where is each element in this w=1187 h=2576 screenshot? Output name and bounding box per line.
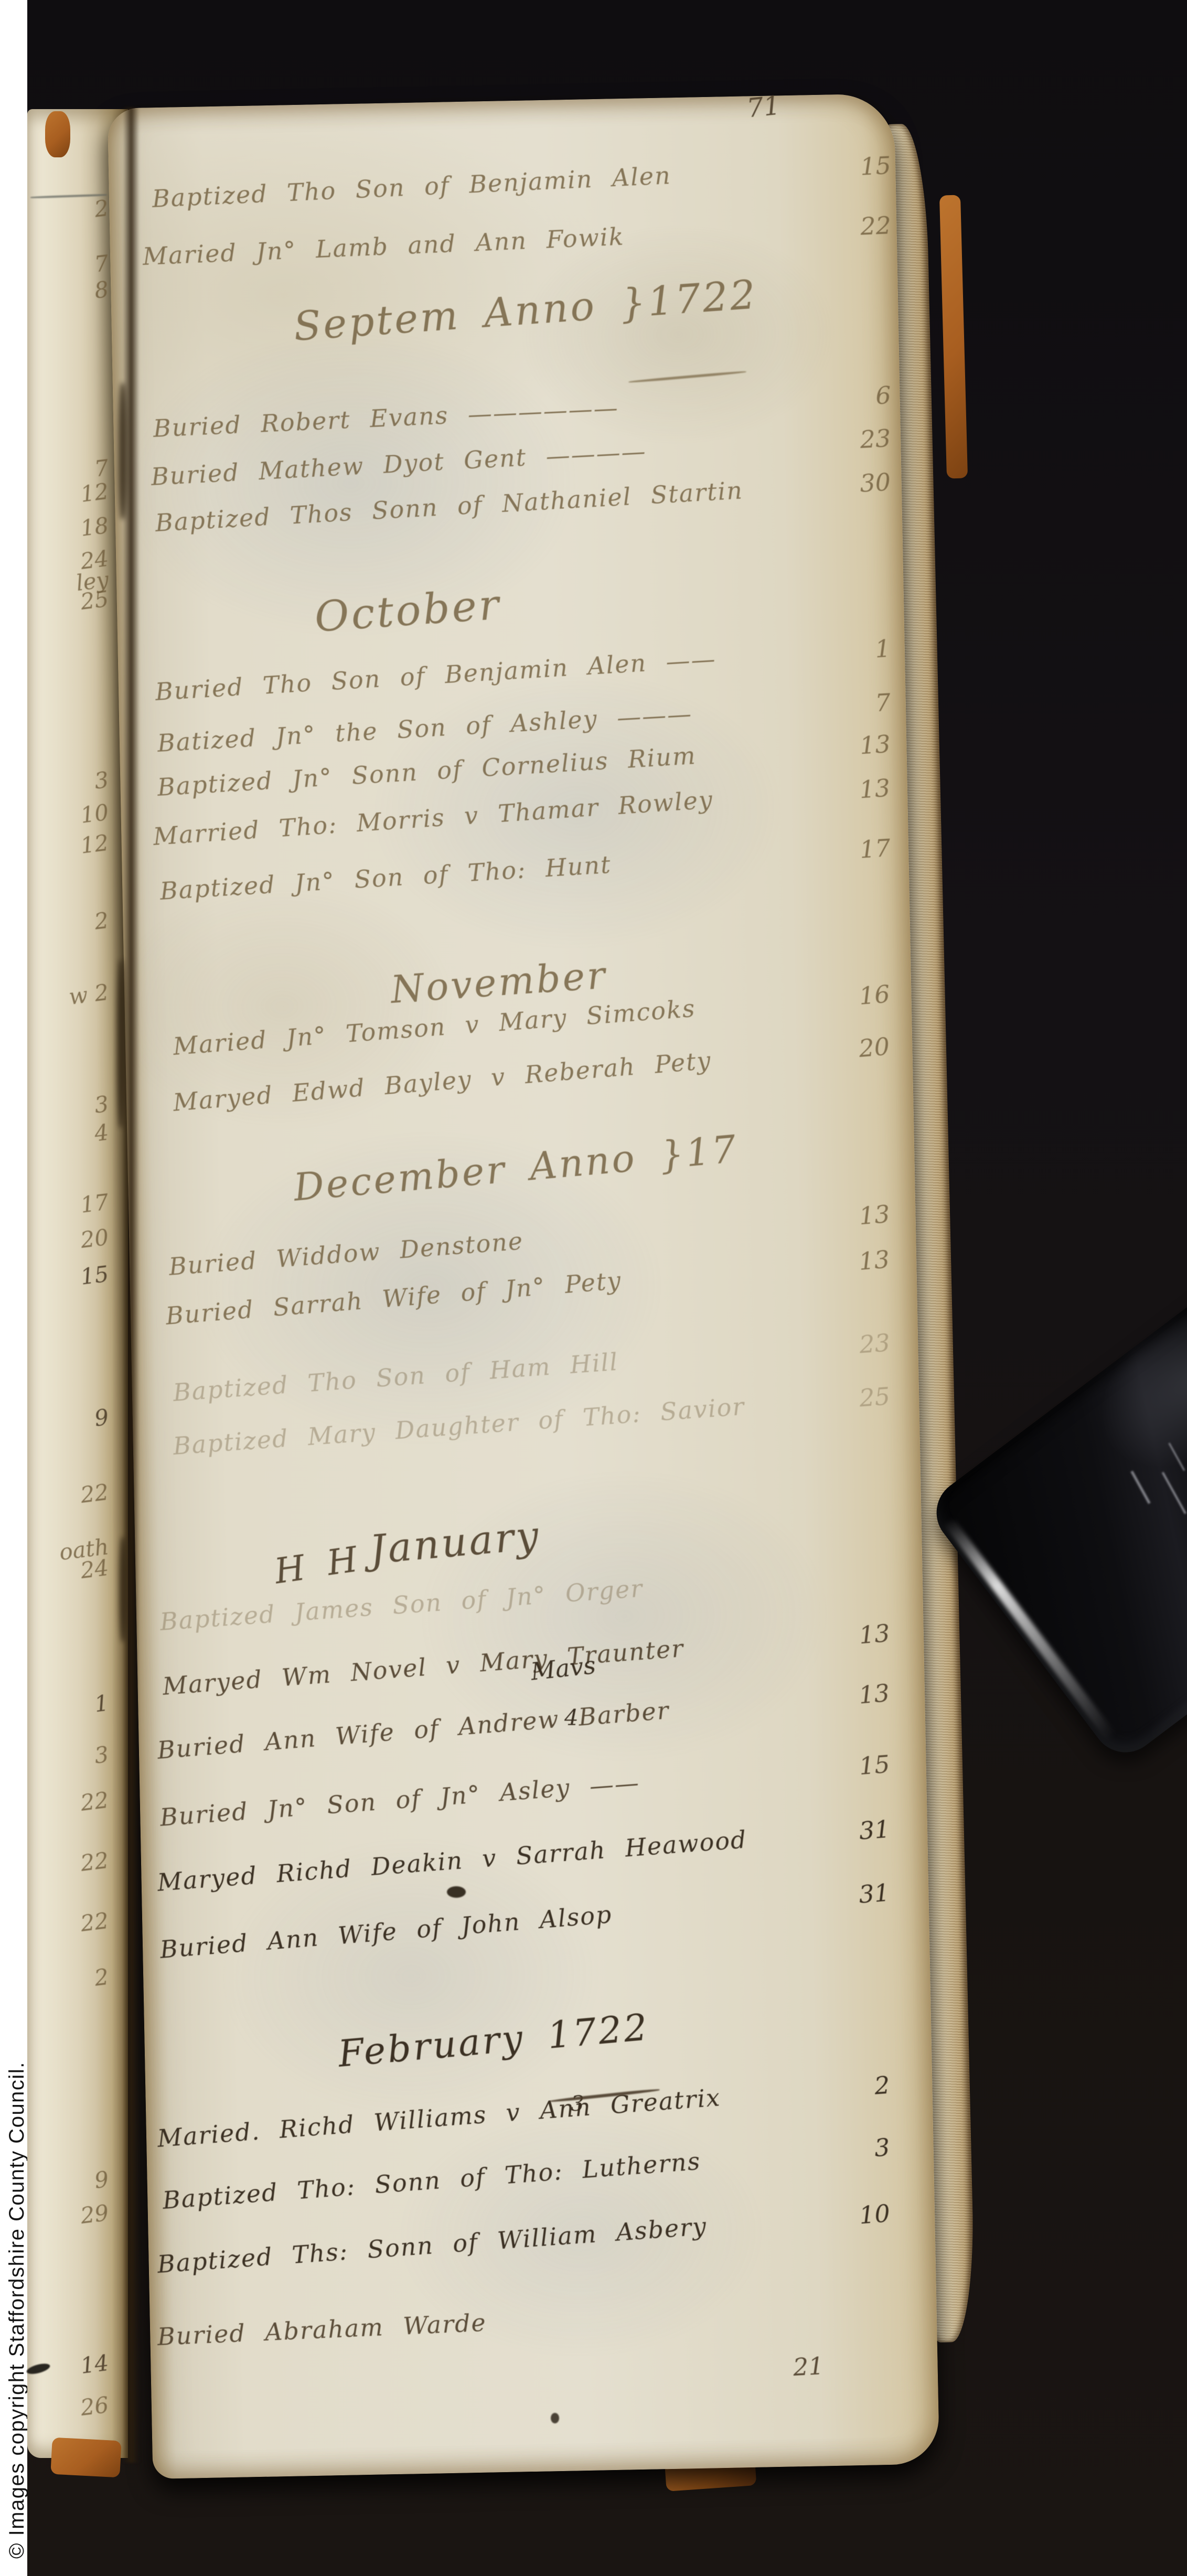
strap-reflection <box>1162 1472 1186 1514</box>
entry-day: 3 <box>873 2133 891 2162</box>
margin-number: 3 <box>29 1741 110 1777</box>
section-heading: October <box>313 580 502 642</box>
register-entry: Maried Jn° Lamb and Ann Fowik22 <box>142 211 892 271</box>
entry-day: 30 <box>859 468 891 498</box>
handwritten-ink-layer: Septem Anno }1722OctoberNovemberDecember… <box>0 0 1187 2576</box>
paper-speck <box>551 2413 559 2423</box>
entry-text: Baptized Mary Daughter of Tho: Savior <box>172 1392 746 1460</box>
section-heading: Septem Anno }1722 <box>292 271 759 350</box>
entry-text: Baptized Tho: Sonn of Tho: Lutherns <box>162 2147 702 2215</box>
entry-day: 31 <box>858 1815 891 1845</box>
strap-reflection <box>1130 1471 1150 1504</box>
entry-text: Buried Jn° Son of Jn° Asley —— <box>159 1768 640 1832</box>
margin-number: 1 <box>29 1690 110 1725</box>
margin-number: 18 <box>29 512 110 548</box>
entry-text: Baptized Tho Son of Benjamin Alen <box>152 161 672 213</box>
entry-text: Maryed Wm Novel v Mary Traunter <box>162 1634 685 1701</box>
ink-correction: 4 <box>564 1705 579 1730</box>
section-heading: February 1722 <box>336 2005 651 2076</box>
register-entry: Baptized Tho Son of Benjamin Alen15 <box>152 151 892 213</box>
entry-day: 13 <box>858 1245 891 1275</box>
register-entry: Buried Jn° Son of Jn° Asley ——15 <box>159 1750 891 1832</box>
superscript-day: 3 <box>571 2092 584 2116</box>
entry-day: 6 <box>875 381 892 410</box>
register-entry: Buried Abraham Warde <box>157 2291 892 2351</box>
flourish-mark: H <box>272 1547 308 1591</box>
entry-text: Baptized Tho Son of Ham Hill <box>172 1348 619 1407</box>
margin-number: 9 <box>29 1404 110 1439</box>
gutter-smudge <box>117 960 125 1128</box>
entry-text: Buried Ann Wife of Andrew Barber <box>156 1696 671 1765</box>
entry-text: Buried Mathew Dyot Gent ———— <box>151 437 647 491</box>
entry-text: Buried Ann Wife of John Alsop <box>159 1900 613 1964</box>
entry-day: 13 <box>858 1619 891 1649</box>
margin-number: 22 <box>29 1479 110 1514</box>
entry-day: 13 <box>858 1679 891 1709</box>
entry-day: 13 <box>859 730 891 760</box>
entry-text: Buried Widdow Denstone <box>168 1226 525 1280</box>
entry-day: 20 <box>858 1032 891 1063</box>
entry-text: Buried Robert Evans —————— <box>153 393 619 443</box>
margin-number: 2 <box>29 907 110 943</box>
entry-day: 16 <box>858 980 891 1010</box>
register-entry: Buried Ann Wife of John Alsop31 <box>159 1878 891 1964</box>
register-entry: Baptized Tho: Sonn of Tho: Lutherns3 <box>162 2133 891 2215</box>
entry-text: Baptized Jn° Son of Tho: Hunt <box>159 850 612 905</box>
register-entry: Maryed Richd Deakin v Sarrah Heawood31 <box>156 1815 891 1897</box>
entry-text: Maryed Richd Deakin v Sarrah Heawood <box>156 1825 748 1897</box>
entry-day: 1 <box>874 634 891 664</box>
register-entry: Baptized Jn° Son of Tho: Hunt17 <box>159 833 891 905</box>
entry-day: 15 <box>860 151 892 181</box>
entry-day: 22 <box>860 211 892 240</box>
section-heading: December Anno }17 <box>292 1127 740 1210</box>
entry-day: 15 <box>858 1750 891 1780</box>
entry-day: 10 <box>858 2199 891 2229</box>
entry-text: Maryed Edwd Bayley v Reberah Pety <box>172 1046 712 1117</box>
underline <box>628 370 746 383</box>
margin-number: 10 <box>29 799 110 835</box>
entry-day: 25 <box>858 1382 891 1412</box>
entry-day: 21 <box>793 2351 825 2381</box>
entry-text: Baptized James Son of Jn° Orger <box>159 1574 644 1636</box>
section-heading: January <box>368 1512 542 1573</box>
entry-day: 7 <box>874 688 891 718</box>
entry-day: 13 <box>858 1200 891 1230</box>
ink-blot <box>447 1886 466 1898</box>
ink-correction: Mavs <box>529 1651 597 1686</box>
margin-number: w 2 <box>29 979 110 1014</box>
margin-number: 12 <box>29 830 110 865</box>
margin-number: 17 <box>29 1189 110 1224</box>
margin-number: 9 <box>29 2166 110 2201</box>
entry-day: 17 <box>859 833 891 863</box>
entry-day: 23 <box>858 1328 891 1359</box>
page-number: 71 <box>745 90 782 124</box>
register-entry: Baptized Ths: Sonn of William Asbery10 <box>156 2199 891 2279</box>
entry-text: Baptized Ths: Sonn of William Asbery <box>156 2212 708 2279</box>
gutter-smudge <box>120 1537 127 1642</box>
entry-day: 23 <box>859 424 891 454</box>
register-entry: Baptized James Son of Jn° Orger <box>159 1557 891 1636</box>
margin-number: 3 <box>29 767 110 802</box>
gutter-smudge <box>119 383 127 519</box>
entry-text: Buried Tho Son of Benjamin Alen —— <box>154 645 717 706</box>
margin-number: 22 <box>29 1787 110 1822</box>
entry-day: 31 <box>858 1878 891 1909</box>
margin-number: 2 <box>29 195 110 230</box>
margin-number: 2 <box>29 1964 110 1999</box>
margin-number: 29 <box>29 2200 110 2235</box>
margin-number: 15 <box>29 1261 110 1296</box>
entry-day: 13 <box>859 774 891 804</box>
flourish-mark: H <box>325 1539 360 1583</box>
entry-text: Buried Abraham Warde <box>157 2308 487 2351</box>
margin-number: 22 <box>29 1908 110 1943</box>
entry-day: 2 <box>873 2071 891 2100</box>
margin-number: 20 <box>29 1224 110 1259</box>
strap-reflection <box>1168 1442 1185 1471</box>
photo-of-parish-register: © Images copyright Staffordshire County … <box>0 0 1187 2576</box>
entry-text: Maried Jn° Lamb and Ann Fowik <box>142 222 625 271</box>
margin-number: 22 <box>29 1847 110 1883</box>
margin-number: 26 <box>29 2392 110 2427</box>
